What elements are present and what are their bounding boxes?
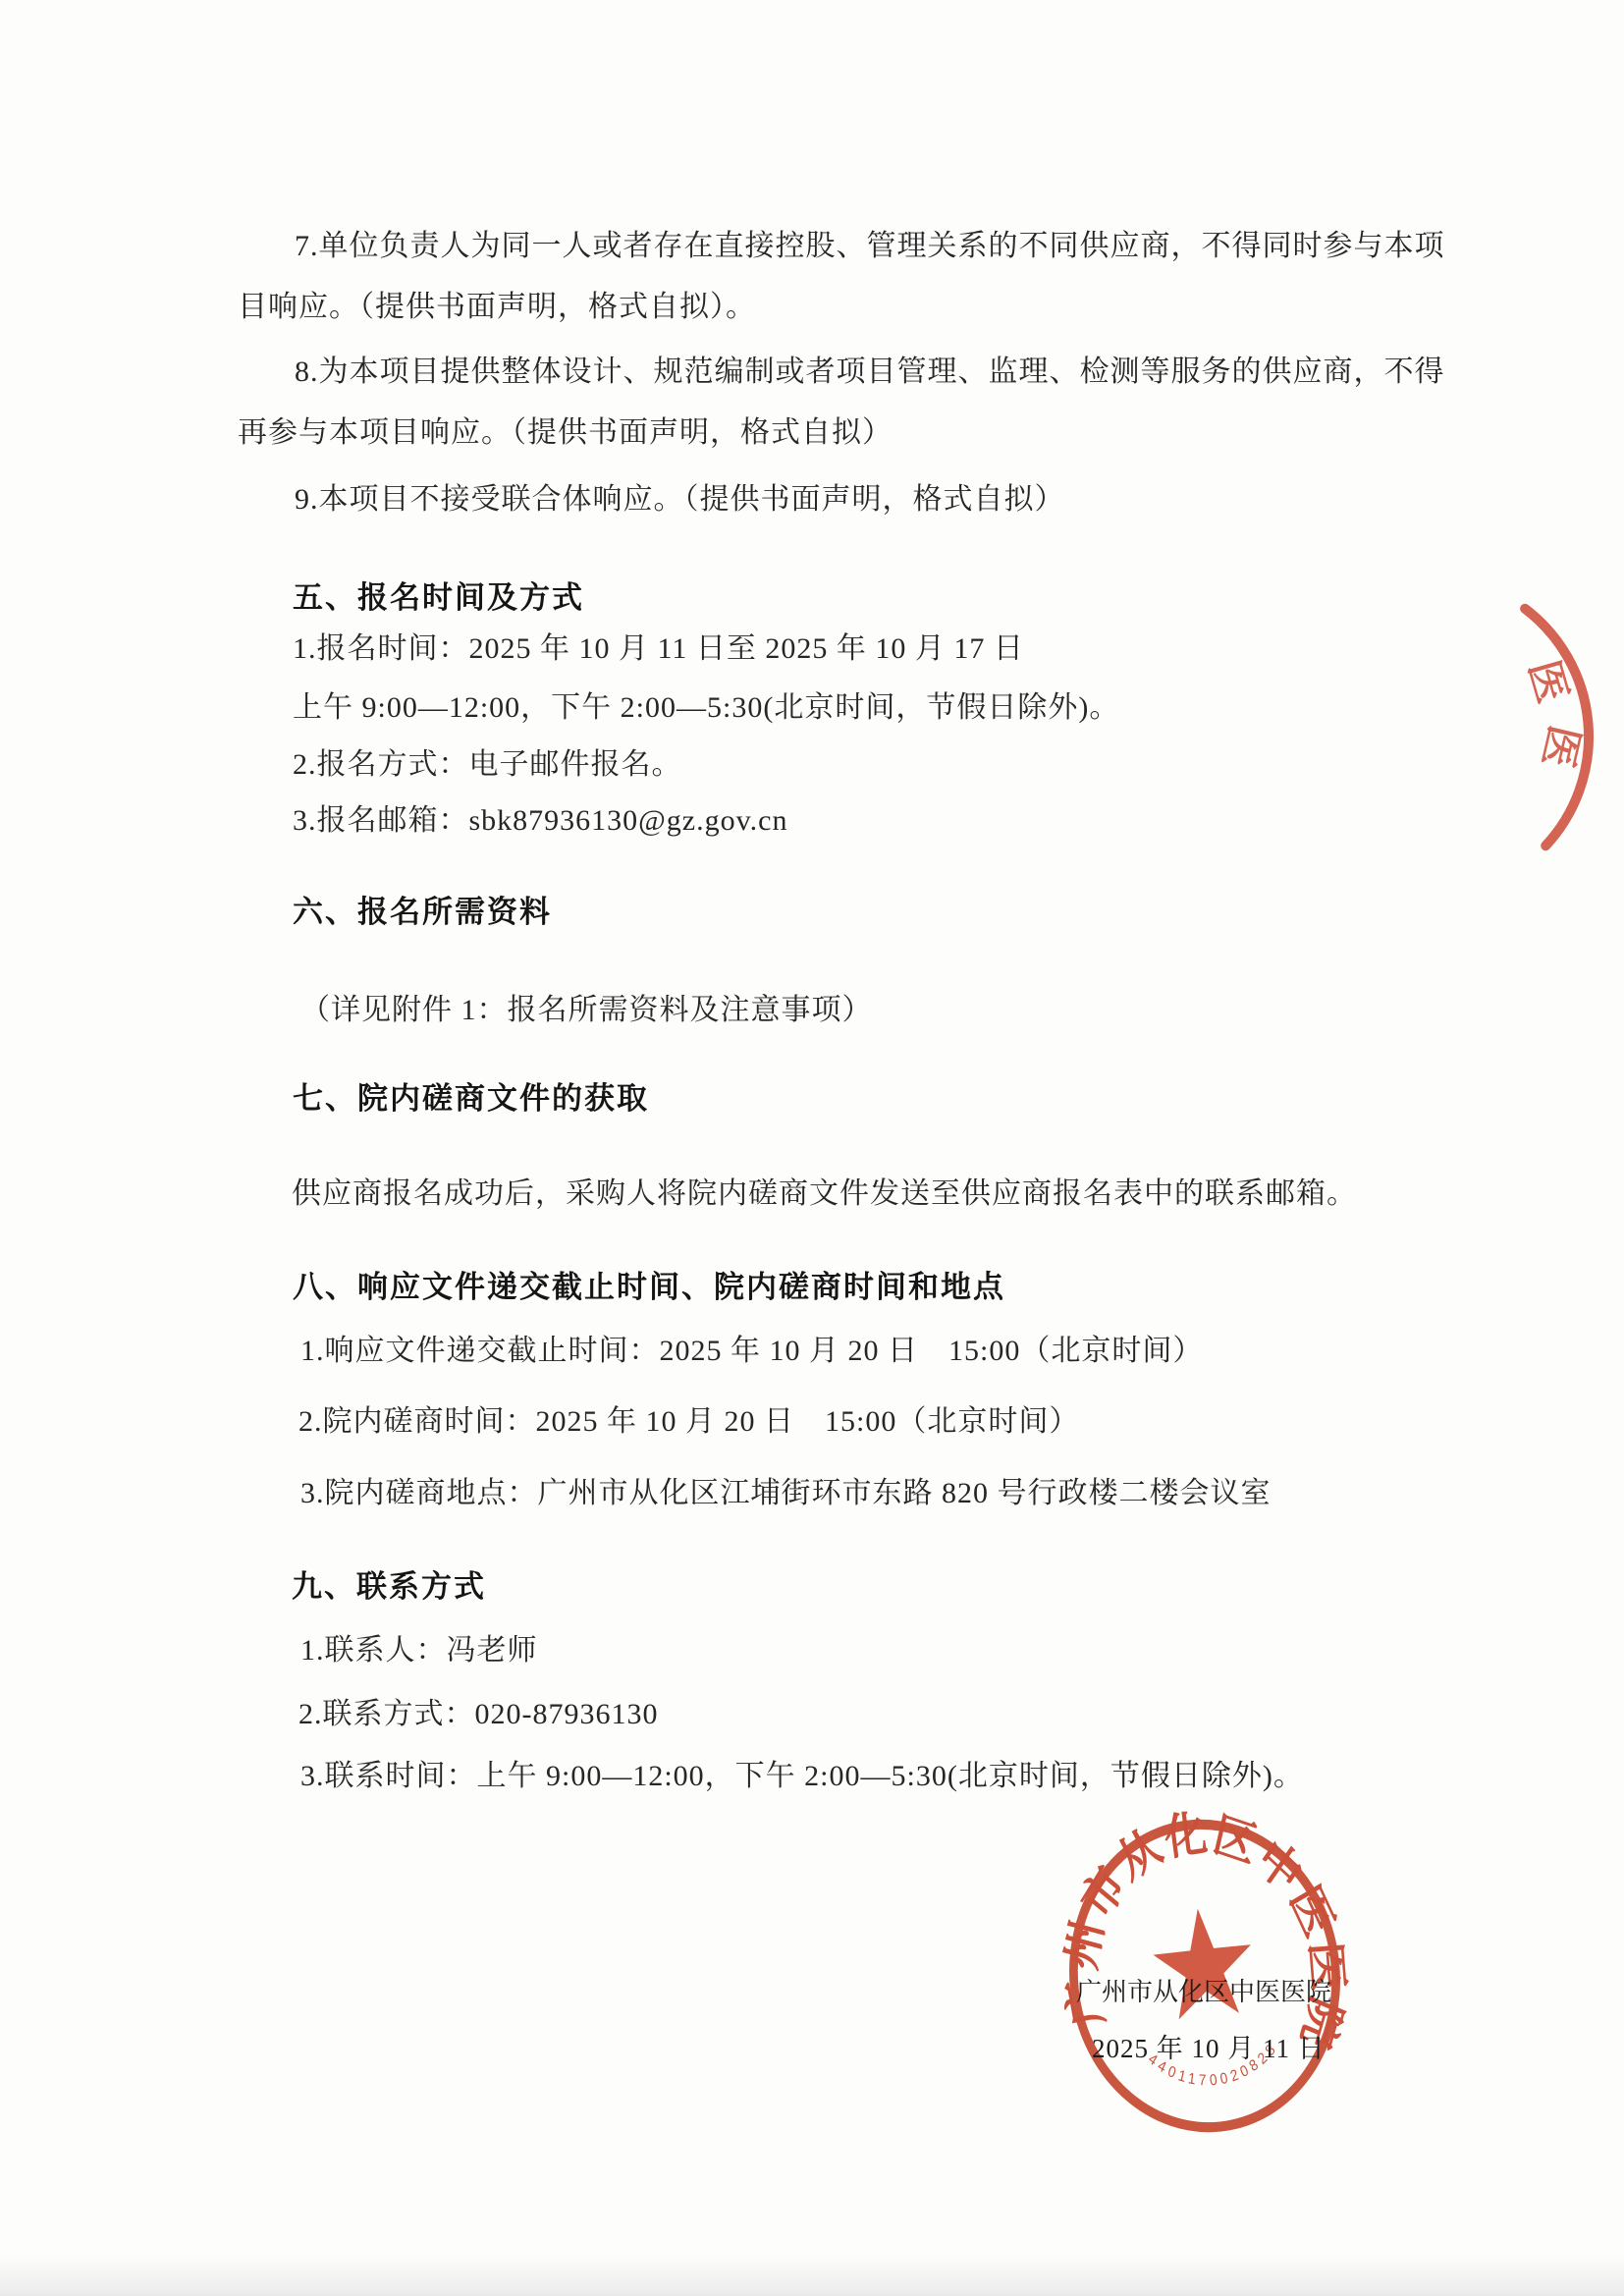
section-7-body: 供应商报名成功后，采购人将院内磋商文件发送至供应商报名表中的联系邮箱。 <box>292 1169 1357 1212</box>
section-8-line-3: 3.院内磋商地点：广州市从化区江埔街环市东路 820 号行政楼二楼会议室 <box>300 1468 1272 1511</box>
scanned-document-page: 7.单位负责人为同一人或者存在直接控股、管理关系的不同供应商，不得同时参与本项 … <box>0 0 1624 2296</box>
section-8-line-2: 2.院内磋商时间：2025 年 10 月 20 日 15:00（北京时间） <box>298 1396 1079 1440</box>
clause-9: 9.本项目不接受联合体响应。（提供书面声明，格式自拟） <box>295 474 1065 518</box>
section-7-heading: 七、院内磋商文件的获取 <box>293 1073 649 1118</box>
signature-date: 2025 年 10 月 11 日 <box>1092 2027 1326 2065</box>
section-5-line-1: 1.报名时间：2025 年 10 月 11 日至 2025 年 10 月 17 … <box>293 624 1024 667</box>
section-5-heading: 五、报名时间及方式 <box>293 573 584 617</box>
section-5-line-3: 2.报名方式：电子邮件报名。 <box>293 739 682 783</box>
signature-org: 广州市从化区中医医院 <box>1076 1972 1331 2008</box>
partial-seal-char-top: 医 <box>1521 655 1577 707</box>
section-9-line-2: 2.联系方式：020-87936130 <box>298 1689 659 1732</box>
section-5-line-4: 3.报名邮箱：sbk87936130@gz.gov.cn <box>293 795 787 839</box>
clause-7-line-1: 7.单位负责人为同一人或者存在直接控股、管理关系的不同供应商，不得同时参与本项 <box>295 221 1445 264</box>
section-9-line-3: 3.联系时间：上午 9:00—12:00，下午 2:00—5:30(北京时间，节… <box>300 1751 1304 1794</box>
partial-seal: 医 医 <box>1394 555 1624 899</box>
scan-bottom-shade <box>0 2255 1624 2296</box>
clause-7-line-2: 目响应。（提供书面声明，格式自拟）。 <box>238 282 756 325</box>
section-6-note: （详见附件 1：报名所需资料及注意事项） <box>300 985 873 1028</box>
section-5-line-2: 上午 9:00—12:00，下午 2:00—5:30(北京时间，节假日除外)。 <box>293 683 1119 726</box>
section-9-line-1: 1.联系人：冯老师 <box>300 1625 538 1668</box>
section-8-heading: 八、响应文件递交截止时间、院内磋商时间和地点 <box>293 1262 1005 1306</box>
section-9-heading: 九、联系方式 <box>292 1561 486 1606</box>
clause-8-line-2: 再参与本项目响应。（提供书面声明，格式自拟） <box>238 408 893 451</box>
section-8-line-1: 1.响应文件递交截止时间：2025 年 10 月 20 日 15:00（北京时间… <box>300 1326 1203 1369</box>
clause-8-line-1: 8.为本项目提供整体设计、规范编制或者项目管理、监理、检测等服务的供应商，不得 <box>295 347 1445 390</box>
section-6-heading: 六、报名所需资料 <box>293 887 552 931</box>
partial-seal-char-bottom: 医 <box>1534 722 1588 773</box>
